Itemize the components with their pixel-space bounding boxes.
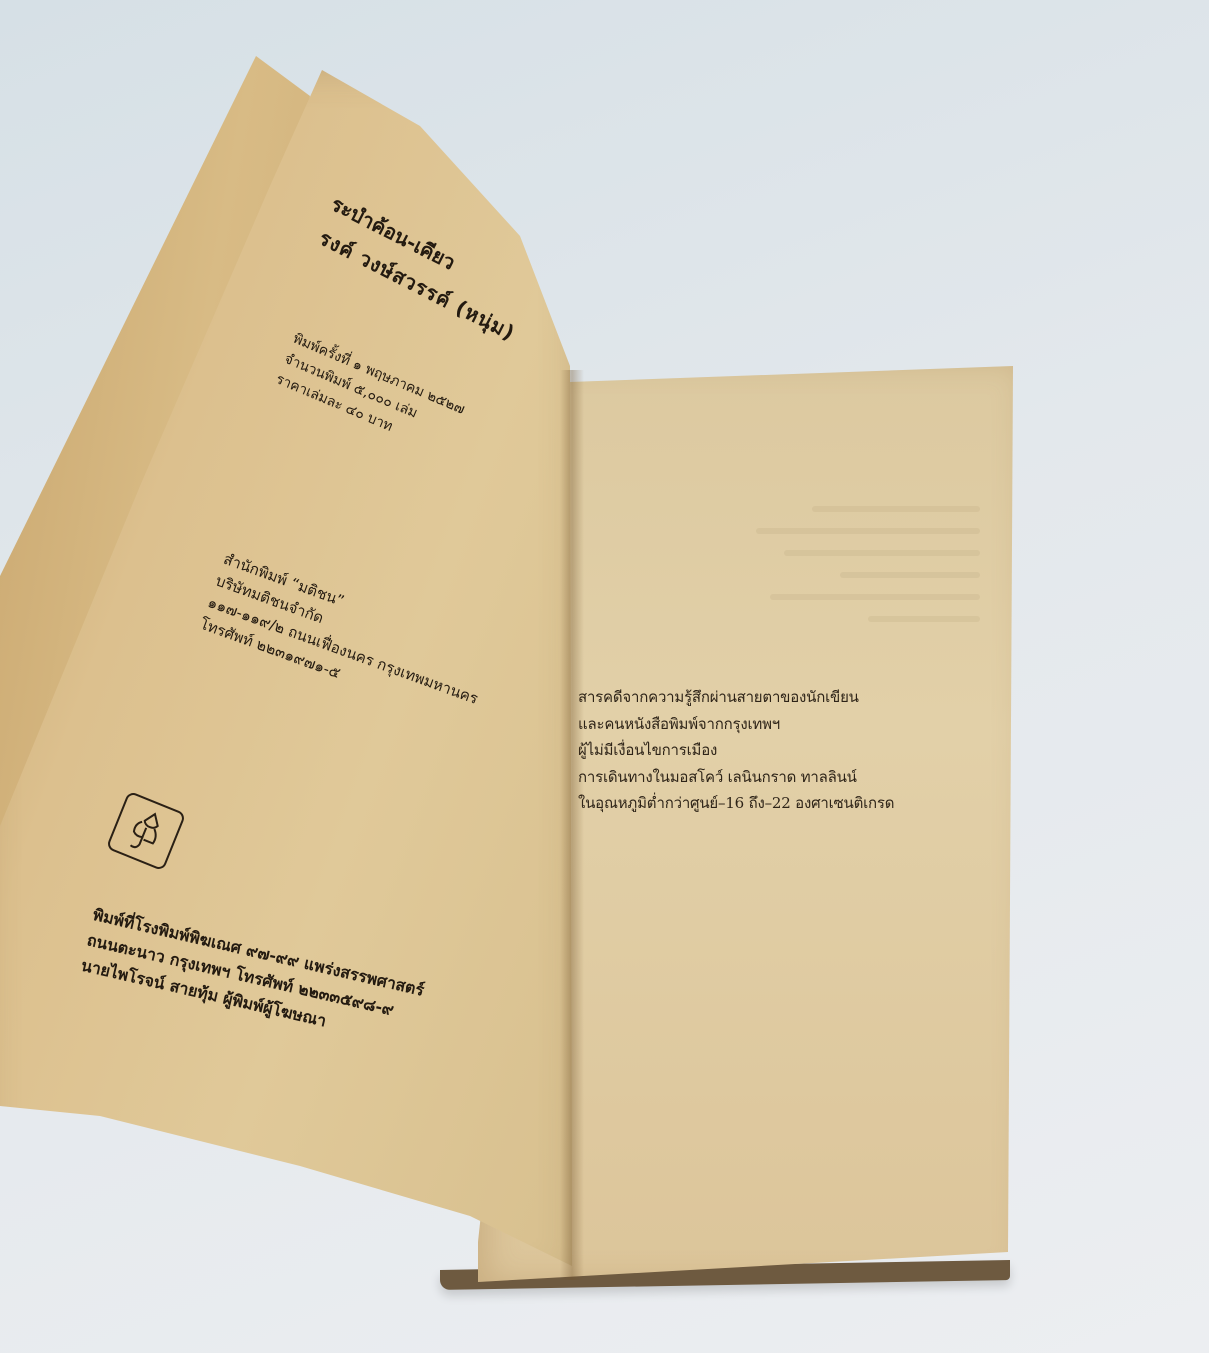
blurb-line: การเดินทางในมอสโคว์ เลนินกราด ทาลลินน์ [578, 764, 998, 791]
book-photo: สารคดีจากความรู้สึกผ่านสายตาของนักเขียน … [0, 0, 1209, 1353]
blurb-line: และคนหนังสือพิมพ์จากกรุงเทพฯ [578, 711, 998, 738]
blurb-text: สารคดีจากความรู้สึกผ่านสายตาของนักเขียน … [578, 684, 998, 817]
blurb-line: สารคดีจากความรู้สึกผ่านสายตาของนักเขียน [578, 684, 998, 711]
spine-shadow [560, 370, 584, 1280]
blurb-line: ผู้ไม่มีเงื่อนไขการเมือง [578, 737, 998, 764]
blurb-line: ในอุณหภูมิต่ำกว่าศูนย์–16 ถึง–22 องศาเซน… [578, 790, 998, 817]
show-through-text [700, 490, 980, 622]
left-page [0, 66, 600, 1286]
